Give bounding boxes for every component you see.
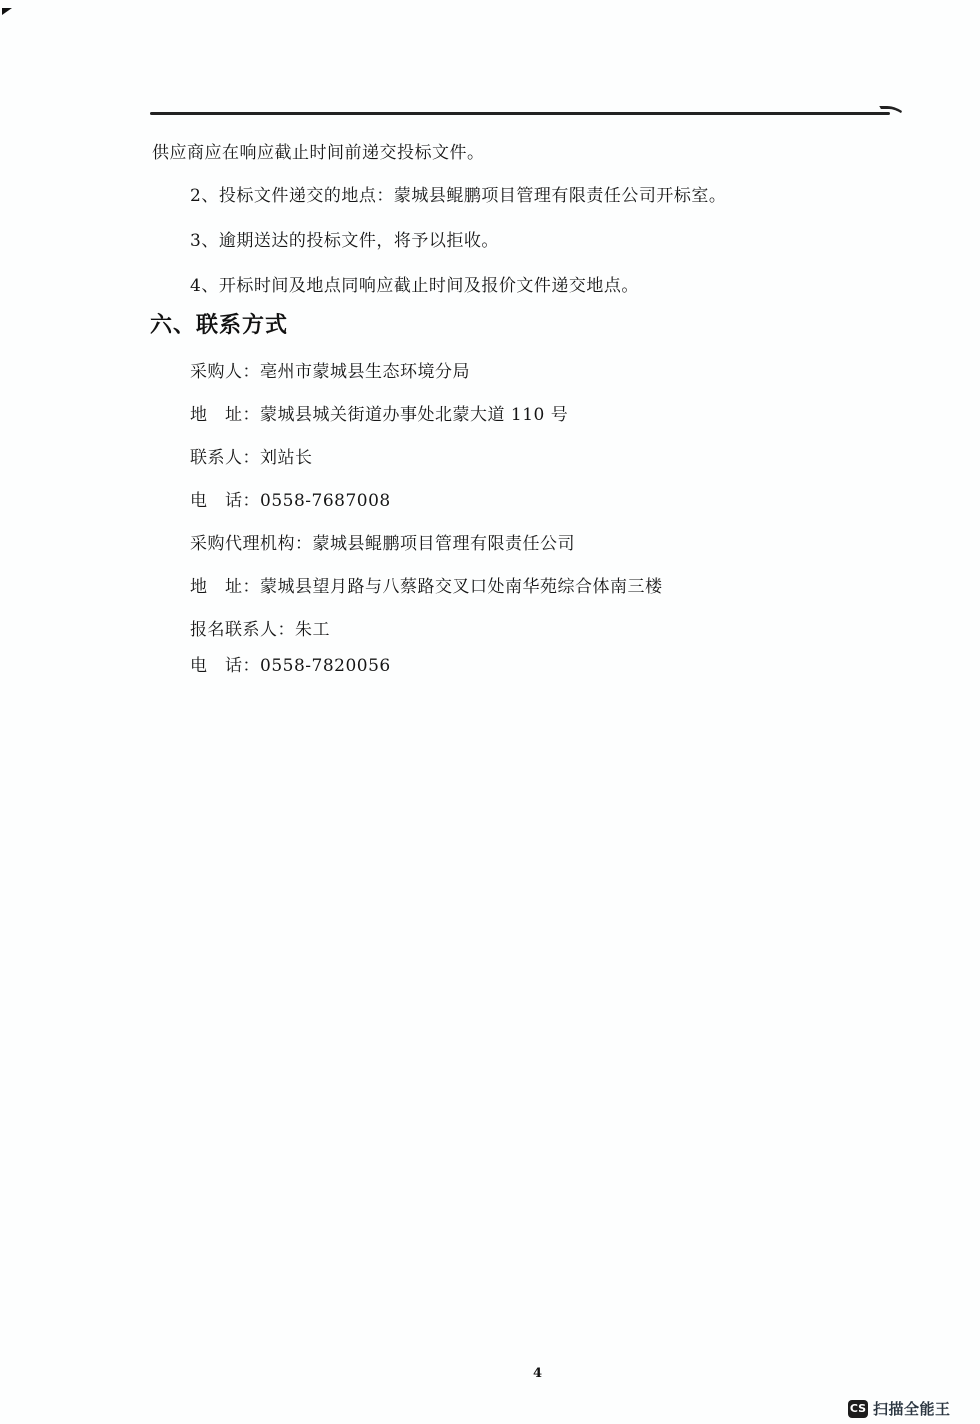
purchaser-phone-row: 电 话：0558-7687008 bbox=[190, 490, 391, 512]
camscanner-watermark: CS 扫描全能王 bbox=[848, 1398, 951, 1419]
agency-contact-label: 报名联系人： bbox=[190, 620, 295, 640]
purchaser-contact-label: 联系人： bbox=[190, 448, 260, 468]
purchaser-contact-row: 联系人：刘站长 bbox=[190, 447, 313, 469]
list-item: 2、投标文件递交的地点：蒙城县鲲鹏项目管理有限责任公司开标室。 bbox=[190, 185, 726, 207]
purchaser-address-label: 地 址： bbox=[190, 405, 260, 425]
purchaser-address-value: 蒙城县城关街道办事处北蒙大道 110 号 bbox=[260, 405, 568, 425]
scan-corner-mark bbox=[2, 8, 12, 15]
purchaser-name-row: 采购人：亳州市蒙城县生态环境分局 bbox=[190, 361, 470, 383]
agency-phone-label: 电 话： bbox=[190, 656, 260, 676]
list-item: 4、开标时间及地点同响应截止时间及报价文件递交地点。 bbox=[190, 275, 639, 297]
purchaser-phone-value: 0558-7687008 bbox=[260, 491, 391, 511]
purchaser-name-value: 亳州市蒙城县生态环境分局 bbox=[260, 362, 470, 382]
purchaser-contact-value: 刘站长 bbox=[260, 448, 313, 468]
agency-contact-row: 报名联系人：朱工 bbox=[190, 619, 330, 641]
continuation-line: 供应商应在响应截止时间前递交投标文件。 bbox=[152, 142, 485, 164]
purchaser-name-label: 采购人： bbox=[190, 362, 260, 382]
agency-name-row: 采购代理机构：蒙城县鲲鹏项目管理有限责任公司 bbox=[190, 533, 575, 555]
list-item: 3、逾期送达的投标文件，将予以拒收。 bbox=[190, 230, 499, 252]
header-rule-curve bbox=[879, 106, 914, 123]
agency-phone-value: 0558-7820056 bbox=[260, 656, 391, 676]
agency-contact-value: 朱工 bbox=[295, 620, 330, 640]
purchaser-address-row: 地 址：蒙城县城关街道办事处北蒙大道 110 号 bbox=[190, 404, 568, 426]
agency-address-label: 地 址： bbox=[190, 577, 260, 597]
camscanner-logo-icon: CS bbox=[848, 1400, 868, 1418]
agency-address-row: 地 址：蒙城县望月路与八蔡路交叉口处南华苑综合体南三楼 bbox=[190, 576, 663, 598]
page-number: 4 bbox=[533, 1366, 542, 1381]
header-rule bbox=[150, 112, 890, 115]
agency-address-value: 蒙城县望月路与八蔡路交叉口处南华苑综合体南三楼 bbox=[260, 577, 663, 597]
scanned-page: 供应商应在响应截止时间前递交投标文件。 2、投标文件递交的地点：蒙城县鲲鹏项目管… bbox=[0, 0, 980, 1424]
section-heading: 六、联系方式 bbox=[150, 312, 288, 340]
purchaser-phone-label: 电 话： bbox=[190, 491, 260, 511]
agency-phone-row: 电 话：0558-7820056 bbox=[190, 655, 391, 677]
agency-name-label: 采购代理机构： bbox=[190, 534, 313, 554]
agency-name-value: 蒙城县鲲鹏项目管理有限责任公司 bbox=[313, 534, 576, 554]
watermark-text: 扫描全能王 bbox=[873, 1398, 951, 1419]
